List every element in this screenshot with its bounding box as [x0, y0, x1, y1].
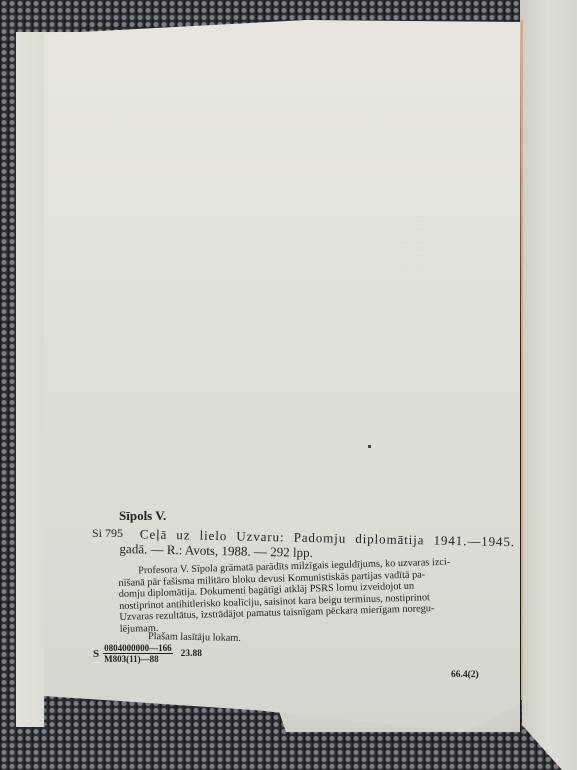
page-edge [16, 32, 44, 727]
code-denominator: M803(11)—88 [103, 654, 173, 664]
call-number: Si 795 [92, 526, 123, 541]
code-numerator: 0804000000—166 [103, 643, 173, 654]
price: 23.88 [181, 649, 202, 659]
code-prefix: S [93, 648, 99, 660]
publication-code: S 0804000000—166 M803(11)—88 23.88 [93, 643, 202, 664]
classification-code: 66.4(2) [451, 670, 479, 680]
facing-page [520, 0, 577, 770]
show-through-text: · · · · · · · · · · · · · · · · · · · · … [250, 210, 430, 288]
abstract: Profesora V. Sīpola grāmatā parādīts mil… [118, 555, 528, 635]
author-name: Sīpols V. [119, 508, 166, 524]
ink-speck [368, 445, 371, 448]
code-fraction: 0804000000—166 M803(11)—88 [103, 643, 173, 664]
